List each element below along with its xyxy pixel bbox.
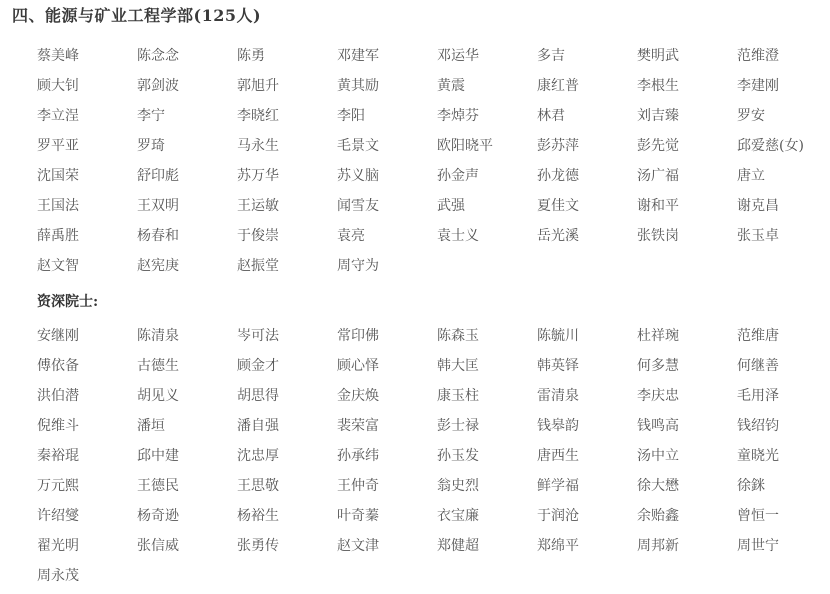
member-name: 徐銤	[737, 471, 830, 501]
member-name: 常印佛	[337, 321, 437, 351]
member-name: 李庆忠	[637, 381, 737, 411]
member-name: 郑绵平	[537, 531, 637, 561]
member-name: 于俊崇	[237, 221, 337, 251]
member-name: 岑可法	[237, 321, 337, 351]
member-name: 邓建军	[337, 41, 437, 71]
member-name: 林君	[537, 101, 637, 131]
member-name: 金庆焕	[337, 381, 437, 411]
member-name: 罗琦	[137, 131, 237, 161]
member-name: 余贻鑫	[637, 501, 737, 531]
member-name: 曾恒一	[737, 501, 830, 531]
member-name: 傅依备	[37, 351, 137, 381]
member-name: 康玉柱	[437, 381, 537, 411]
member-name: 陈毓川	[537, 321, 637, 351]
member-name: 唐立	[737, 161, 830, 191]
member-name: 周守为	[337, 251, 437, 281]
member-name: 万元熙	[37, 471, 137, 501]
member-name: 童晓光	[737, 441, 830, 471]
member-name: 武强	[437, 191, 537, 221]
member-name: 郭剑波	[137, 71, 237, 101]
member-name: 沈国荣	[37, 161, 137, 191]
member-name: 张信威	[137, 531, 237, 561]
member-name: 鲜学福	[537, 471, 637, 501]
member-name: 沈忠厚	[237, 441, 337, 471]
member-name: 李宁	[137, 101, 237, 131]
member-name: 李晓红	[237, 101, 337, 131]
member-name: 潘自强	[237, 411, 337, 441]
senior-member-list: 安继刚陈清泉岑可法常印佛陈森玉陈毓川杜祥琬范维唐傅依备古德生顾金才顾心怿韩大匡韩…	[37, 321, 830, 591]
member-name: 唐西生	[537, 441, 637, 471]
member-name: 袁亮	[337, 221, 437, 251]
member-name: 郑健超	[437, 531, 537, 561]
member-name: 彭先觉	[637, 131, 737, 161]
member-name: 马永生	[237, 131, 337, 161]
member-name: 衣宝廉	[437, 501, 537, 531]
member-name: 汤中立	[637, 441, 737, 471]
member-name: 洪伯潜	[37, 381, 137, 411]
member-name: 胡见义	[137, 381, 237, 411]
member-name: 夏佳文	[537, 191, 637, 221]
member-name: 顾大钊	[37, 71, 137, 101]
member-name: 潘垣	[137, 411, 237, 441]
member-name: 薛禹胜	[37, 221, 137, 251]
member-name: 倪维斗	[37, 411, 137, 441]
member-name: 王国法	[37, 191, 137, 221]
member-list: 蔡美峰陈念念陈勇邓建军邓运华多吉樊明武范维澄顾大钊郭剑波郭旭升黄其励黄震康红普李…	[37, 41, 830, 281]
member-name: 顾金才	[237, 351, 337, 381]
member-name: 王双明	[137, 191, 237, 221]
member-name: 古德生	[137, 351, 237, 381]
member-name: 陈清泉	[137, 321, 237, 351]
member-name: 于润沧	[537, 501, 637, 531]
member-name: 闻雪友	[337, 191, 437, 221]
member-name: 邱爱慈(女)	[737, 131, 830, 161]
member-name: 毛用泽	[737, 381, 830, 411]
member-name: 胡思得	[237, 381, 337, 411]
member-name: 彭士禄	[437, 411, 537, 441]
member-name: 彭苏萍	[537, 131, 637, 161]
member-name: 陈森玉	[437, 321, 537, 351]
member-name: 王思敬	[237, 471, 337, 501]
member-name: 安继刚	[37, 321, 137, 351]
member-name: 毛景文	[337, 131, 437, 161]
member-name: 谢和平	[637, 191, 737, 221]
member-name: 范维唐	[737, 321, 830, 351]
member-name: 钱绍钧	[737, 411, 830, 441]
member-name: 秦裕琨	[37, 441, 137, 471]
member-name: 周邦新	[637, 531, 737, 561]
member-name: 袁士义	[437, 221, 537, 251]
member-name: 裴荣富	[337, 411, 437, 441]
member-name: 赵文津	[337, 531, 437, 561]
member-name: 孙金声	[437, 161, 537, 191]
senior-members-label: 资深院士:	[37, 287, 98, 317]
member-name: 张玉卓	[737, 221, 830, 251]
member-name: 赵文智	[37, 251, 137, 281]
member-name: 何多慧	[637, 351, 737, 381]
member-name: 欧阳晓平	[437, 131, 537, 161]
member-name: 樊明武	[637, 41, 737, 71]
member-name: 陈勇	[237, 41, 337, 71]
member-name: 李立浧	[37, 101, 137, 131]
member-name: 韩英铎	[537, 351, 637, 381]
member-name: 郭旭升	[237, 71, 337, 101]
member-name: 翁史烈	[437, 471, 537, 501]
member-name: 张勇传	[237, 531, 337, 561]
member-name: 赵振堂	[237, 251, 337, 281]
member-name: 王德民	[137, 471, 237, 501]
member-name: 黄震	[437, 71, 537, 101]
member-name: 谢克昌	[737, 191, 830, 221]
member-name: 孙龙德	[537, 161, 637, 191]
member-name: 李焯芬	[437, 101, 537, 131]
member-name: 刘吉臻	[637, 101, 737, 131]
member-name: 孙玉发	[437, 441, 537, 471]
member-name: 孙承纬	[337, 441, 437, 471]
member-name: 罗安	[737, 101, 830, 131]
member-name: 黄其励	[337, 71, 437, 101]
member-name: 韩大匡	[437, 351, 537, 381]
member-name: 李根生	[637, 71, 737, 101]
member-name: 陈念念	[137, 41, 237, 71]
member-name: 周永茂	[37, 561, 137, 591]
member-name: 翟光明	[37, 531, 137, 561]
member-name: 周世宁	[737, 531, 830, 561]
member-name: 汤广福	[637, 161, 737, 191]
member-name: 钱鸣高	[637, 411, 737, 441]
member-name: 多吉	[537, 41, 637, 71]
member-name: 张铁岗	[637, 221, 737, 251]
member-name: 钱皋韵	[537, 411, 637, 441]
member-name: 王运敏	[237, 191, 337, 221]
member-name: 蔡美峰	[37, 41, 137, 71]
member-name: 顾心怿	[337, 351, 437, 381]
member-name: 范维澄	[737, 41, 830, 71]
member-name: 王仲奇	[337, 471, 437, 501]
member-name: 杜祥琬	[637, 321, 737, 351]
member-name: 罗平亚	[37, 131, 137, 161]
member-name: 苏义脑	[337, 161, 437, 191]
member-name: 苏万华	[237, 161, 337, 191]
member-name: 叶奇蓁	[337, 501, 437, 531]
member-name: 李阳	[337, 101, 437, 131]
member-name: 赵宪庚	[137, 251, 237, 281]
member-name: 岳光溪	[537, 221, 637, 251]
member-name: 何继善	[737, 351, 830, 381]
member-name: 邓运华	[437, 41, 537, 71]
member-name: 许绍燮	[37, 501, 137, 531]
member-name: 杨奇逊	[137, 501, 237, 531]
member-name: 康红普	[537, 71, 637, 101]
member-name: 雷清泉	[537, 381, 637, 411]
member-name: 李建刚	[737, 71, 830, 101]
member-name: 杨裕生	[237, 501, 337, 531]
member-name: 徐大懋	[637, 471, 737, 501]
member-name: 邱中建	[137, 441, 237, 471]
section-title: 四、能源与矿业工程学部(125人)	[12, 4, 261, 28]
member-name: 杨春和	[137, 221, 237, 251]
member-name: 舒印彪	[137, 161, 237, 191]
